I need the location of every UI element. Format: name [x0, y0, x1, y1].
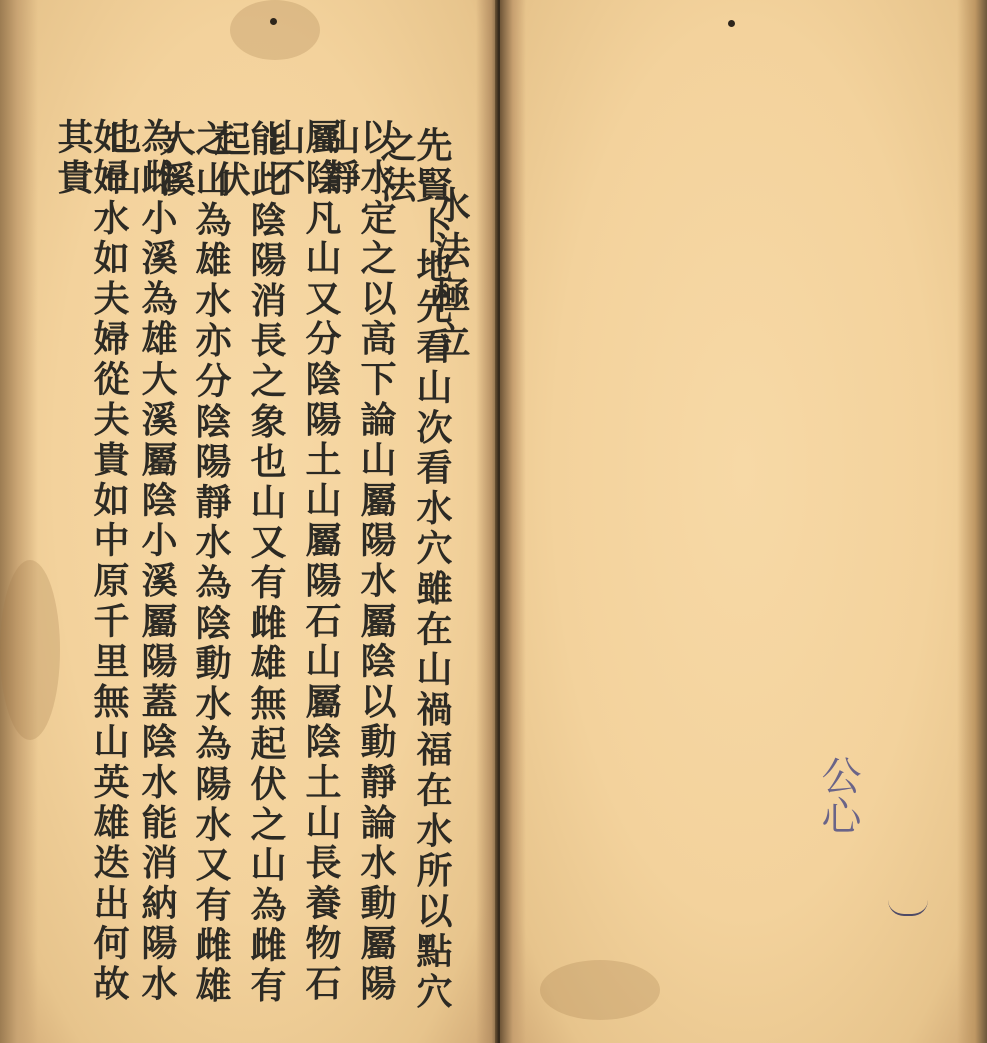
book-spread: 水法極立 先賢卜地先看山次看水穴雖在山禍福在水所以點穴之法 以水定之以高下論山屬…	[0, 0, 987, 1043]
hole-mark	[728, 20, 735, 27]
pencil-annotation: 公心	[810, 755, 867, 835]
text-column-7: 如婦水如夫婦從夫貴如中原千里無山英雄迭出何故其貴	[55, 118, 127, 1043]
left-page: 水法極立 先賢卜地先看山次看水穴雖在山禍福在水所以點穴之法 以水定之以高下論山屬…	[0, 0, 498, 1043]
stain	[0, 560, 60, 740]
stain	[540, 960, 660, 1020]
hole-mark	[270, 18, 277, 25]
stain	[230, 0, 320, 60]
pencil-tick	[888, 900, 928, 916]
right-page: 公心	[500, 0, 987, 1043]
